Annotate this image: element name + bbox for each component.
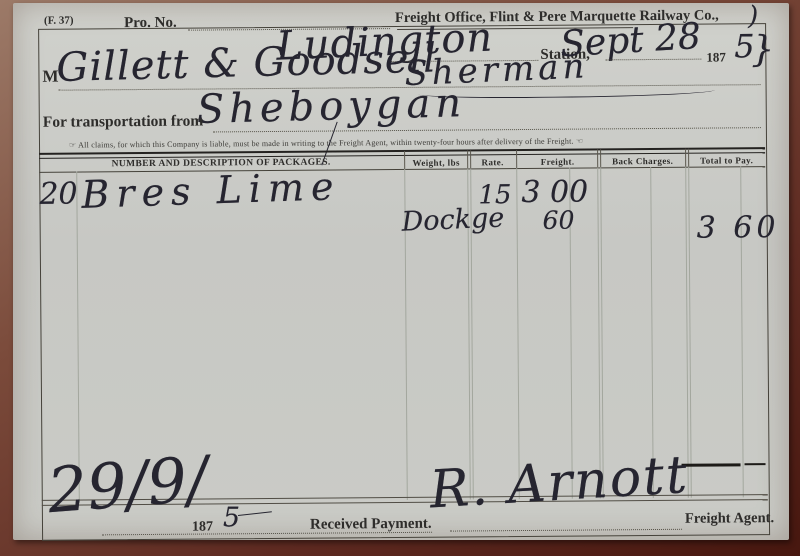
handwritten-origin: Sheboygan bbox=[196, 83, 466, 130]
handwritten-freight-amount: 3 00 bbox=[521, 178, 588, 209]
col-header-freight: Freight. bbox=[518, 156, 597, 167]
handwritten-bracket-top: ) bbox=[748, 3, 758, 29]
footer-year-printed: 187 bbox=[192, 519, 213, 535]
header-column-rule bbox=[404, 151, 405, 169]
col-header-back-charges: Back Charges. bbox=[600, 156, 685, 167]
col-header-weight: Weight, lbs bbox=[405, 157, 467, 167]
form-code: (F. 37) bbox=[44, 15, 74, 27]
total-sum-rule-right bbox=[745, 463, 766, 465]
handwritten-footer-date: 29/9/ bbox=[46, 448, 210, 522]
handwritten-package-count: 20 bbox=[39, 180, 77, 210]
header-column-rule bbox=[470, 150, 471, 168]
handwritten-dockage-label: Dockge bbox=[401, 204, 505, 235]
handwritten-consignee: Gillett & Goodsell bbox=[56, 38, 438, 88]
received-payment-label: Received Payment. bbox=[310, 516, 432, 534]
header-column-rule bbox=[600, 149, 601, 167]
header-column-rule bbox=[467, 150, 468, 168]
handwritten-footer-year-digit: 5 bbox=[223, 504, 240, 531]
handwritten-signature: R. Arnott bbox=[428, 449, 690, 517]
handwritten-package-description: Bres Lime bbox=[81, 167, 341, 214]
col-header-rate: Rate. bbox=[469, 157, 516, 167]
year-printed: 187 bbox=[706, 49, 726, 65]
handwritten-total-amount: 3 60 bbox=[697, 213, 780, 244]
header-column-rule bbox=[685, 149, 686, 167]
handwritten-bracket-year: } bbox=[751, 32, 774, 68]
freight-agent-label: Freight Agent. bbox=[685, 510, 774, 528]
pointing-hand-left-icon: ☜ bbox=[576, 137, 583, 146]
handwritten-dockage-amount: 60 bbox=[543, 208, 575, 233]
pointing-hand-right-icon: ☞ bbox=[69, 141, 76, 150]
total-sum-rule-left bbox=[682, 463, 741, 466]
header-column-rule bbox=[516, 150, 517, 168]
header-column-rule bbox=[597, 149, 598, 167]
scanned-photo: (F. 37) Pro. No. Freight Office, Flint &… bbox=[0, 0, 800, 556]
col-header-total: Total to Pay. bbox=[688, 155, 765, 166]
header-column-rule bbox=[688, 149, 689, 167]
freight-bill-form: (F. 37) Pro. No. Freight Office, Flint &… bbox=[0, 0, 800, 556]
transportation-label: For transportation from bbox=[43, 113, 204, 132]
pro-no-label: Pro. No. bbox=[124, 15, 177, 32]
